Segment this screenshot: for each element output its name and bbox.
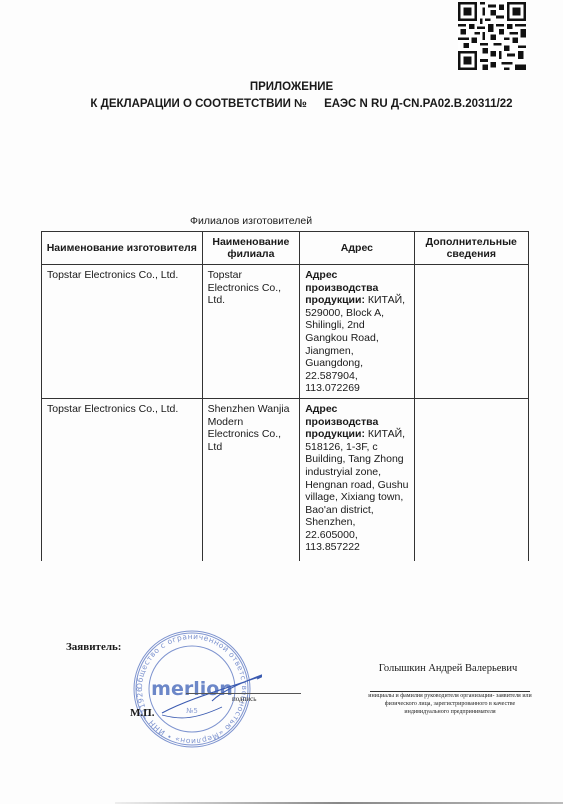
address-value: КИТАЙ, 518126, 1-3F, c Building, Tang Zh…	[305, 428, 408, 553]
signature-line	[186, 693, 301, 694]
cell-address: Адрес производства продукции: КИТАЙ, 529…	[300, 265, 414, 399]
table-row: Topstar Electronics Co., Ltd. Topstar El…	[42, 265, 529, 399]
table-row: Topstar Electronics Co., Ltd. Shenzhen W…	[42, 398, 529, 561]
signer-note: инициалы и фамилия руководителя организа…	[362, 692, 538, 716]
document-title: ПРИЛОЖЕНИЕ	[10, 81, 563, 93]
column-header-branch: Наименование филиала	[202, 232, 300, 265]
cell-manufacturer: Topstar Electronics Co., Ltd.	[42, 265, 203, 399]
cell-branch: Topstar Electronics Co., Ltd.	[202, 265, 300, 399]
applicant-label: Заявитель:	[66, 641, 121, 653]
declaration-number: ЕАЭС N RU Д-CN.PA02.B.20311/22	[324, 98, 512, 110]
declaration-reference: К ДЕКЛАРАЦИИ О СООТВЕТСТВИИ № ЕАЭС N RU …	[20, 98, 563, 110]
svg-text:№5: №5	[186, 707, 198, 715]
column-header-address: Адрес	[300, 232, 414, 265]
cell-manufacturer: Topstar Electronics Co., Ltd.	[42, 398, 203, 561]
column-header-manufacturer: Наименование изготовителя	[42, 232, 203, 265]
column-header-additional: Дополнительные сведения	[414, 232, 528, 265]
table-caption: Филиалов изготовителей	[190, 215, 312, 227]
seal-label: М.П.	[130, 707, 154, 719]
table-header-row: Наименование изготовителя Наименование ф…	[42, 232, 529, 265]
cell-branch: Shenzhen Wanjia Modern Electronics Co., …	[202, 398, 300, 561]
company-stamp-icon: Общество с ограниченной ответственностью…	[122, 627, 262, 752]
qr-code-icon	[458, 2, 526, 70]
cell-address: Адрес производства продукции: КИТАЙ, 518…	[300, 398, 414, 561]
address-value: КИТАЙ, 529000, Block A, Shilingli, 2nd G…	[305, 294, 405, 394]
cell-additional	[414, 265, 528, 399]
signature-caption: подпись	[232, 695, 256, 703]
declaration-prefix: К ДЕКЛАРАЦИИ О СООТВЕТСТВИИ №	[90, 98, 307, 110]
signer-name: Голышкин Андрей Валерьевич	[368, 662, 528, 675]
cell-additional	[414, 398, 528, 561]
branches-table: Наименование изготовителя Наименование ф…	[41, 231, 529, 561]
svg-text:merlion: merlion	[151, 678, 233, 700]
